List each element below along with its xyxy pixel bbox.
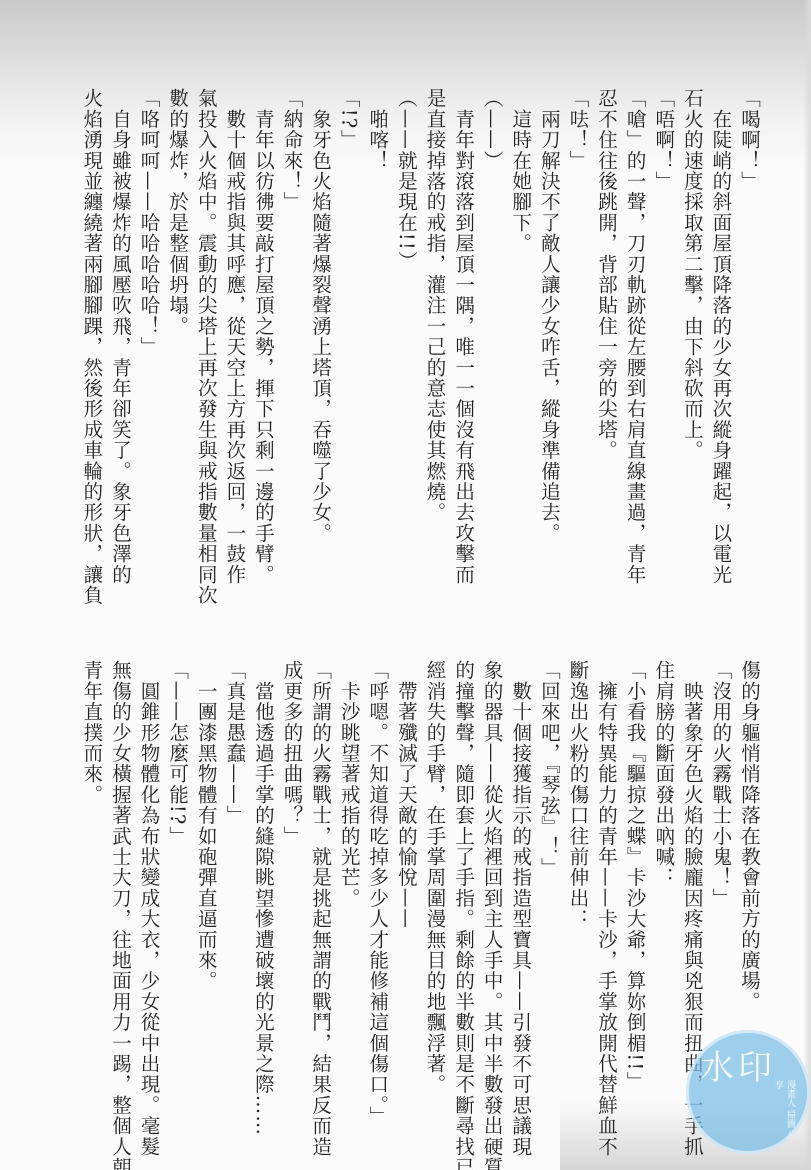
text-column: 青年直撲而來。 bbox=[77, 660, 106, 1130]
text-column: 數的爆炸，於是整個坍塌。 bbox=[163, 88, 192, 558]
page-edge-shadow bbox=[803, 0, 811, 1170]
text-column: 象牙色火焰隨著爆裂聲湧上塔頂，吞噬了少女。 bbox=[306, 88, 335, 558]
text-column: 「真是愚蠢——」 bbox=[220, 660, 249, 1130]
text-column: 數十個戒指與其呼應，從天空上方再次返回，一鼓作 bbox=[220, 88, 249, 558]
text-column: 象的器具——從火焰裡回到主人手中。其中半數發出硬質 bbox=[477, 660, 506, 1130]
text-column: 忍不住往後跳開，背部貼住一旁的尖塔。 bbox=[591, 88, 620, 558]
text-block-bottom: 傷的身軀悄悄降落在教會前方的廣場。 「沒用的火霧戰士小鬼！」 映著象牙色火焰的臉… bbox=[77, 660, 763, 1130]
stamp-text: 漫畫人 掃圖 分享 bbox=[772, 1080, 796, 1144]
text-column: 經消失的手臂，在手掌周圍漫無目的地飄浮著。 bbox=[420, 660, 449, 1130]
text-column: 「小看我『驅掠之蝶』卡沙大爺，算妳倒楣!!」 bbox=[620, 660, 649, 1130]
text-column: 「喝啊！」 bbox=[734, 88, 763, 558]
text-column: 當他透過手掌的縫隙眺望慘遭破壞的光景之際…… bbox=[248, 660, 277, 1130]
text-column: 圓錐形物體化為布狀變成大衣，少女從中出現。毫髮 bbox=[134, 660, 163, 1130]
text-column: 「所謂的火霧戰士，就是挑起無謂的戰鬥，結果反而造 bbox=[306, 660, 335, 1130]
text-column: 火焰湧現並纏繞著兩腳腳踝，然後形成車輪的形狀，讓負 bbox=[77, 88, 106, 558]
text-column: 卡沙眺望著戒指的光芒。 bbox=[334, 660, 363, 1130]
text-column: 「呿！」 bbox=[563, 88, 592, 558]
text-column: 「納命來！」 bbox=[277, 88, 306, 558]
text-column: 一團漆黑物體有如砲彈直逼而來。 bbox=[191, 660, 220, 1130]
text-column: 石火的速度採取第二擊，由下斜砍而上。 bbox=[677, 88, 706, 558]
text-column: 「咯呵呵——哈哈哈哈哈！」 bbox=[134, 88, 163, 558]
text-column: 「!?」 bbox=[334, 88, 363, 558]
text-column: 在陡峭的斜面屋頂降落的少女再次縱身躍起，以電光 bbox=[706, 88, 735, 558]
text-column: 斷逸出火粉的傷口往前伸出： bbox=[563, 660, 592, 1130]
text-column: 青年對滾落到屋頂一隅，唯一一個沒有飛出去攻擊而 bbox=[448, 88, 477, 558]
text-column: 「——怎麼可能!?」 bbox=[163, 660, 192, 1130]
text-column: 「唔啊！」 bbox=[649, 88, 678, 558]
text-column: 成更多的扭曲嗎？」 bbox=[277, 660, 306, 1130]
text-column: 氣投入火焰中。震動的尖塔上再次發生與戒指數量相同次 bbox=[191, 88, 220, 558]
text-block-top: 「喝啊！」 在陡峭的斜面屋頂降落的少女再次縱身躍起，以電光 石火的速度採取第二擊… bbox=[77, 88, 763, 558]
text-column: 兩刀解決不了敵人讓少女咋舌，縱身準備追去。 bbox=[534, 88, 563, 558]
text-column: 的撞擊聲，隨即套上了手指。剩餘的半數則是不斷尋找已 bbox=[448, 660, 477, 1130]
text-column: 帶著殲滅了天敵的愉悅—— bbox=[391, 660, 420, 1130]
text-column: 數十個接獲指示的戒指造型寶具——引發不可思議現 bbox=[506, 660, 535, 1130]
text-column: 無傷的少女橫握著武士大刀，往地面用力一踢，整個人朝 bbox=[105, 660, 134, 1130]
text-column: 「嗆」的一聲，刀刃軌跡從左腰到右肩直線畫過，青年 bbox=[620, 88, 649, 558]
seal-stamp-icon: 水印 漫畫人 掃圖 分享 bbox=[686, 1030, 810, 1154]
text-column: 啪喀！ bbox=[363, 88, 392, 558]
text-column: 是直接掉落的戒指，灌注一己的意志使其燃燒。 bbox=[420, 88, 449, 558]
text-column: 自身雖被爆炸的風壓吹飛，青年卻笑了。象牙色澤的 bbox=[105, 88, 134, 558]
text-column: 擁有特異能力的青年——卡沙，手掌放開代替鮮血不 bbox=[591, 660, 620, 1130]
text-column: （——就是現在!!） bbox=[391, 88, 420, 558]
text-column: 住肩膀的斷面發出吶喊： bbox=[649, 660, 678, 1130]
stamp-title: 水印 bbox=[700, 1040, 776, 1089]
text-column: 「回來吧，『琴弦』！」 bbox=[534, 660, 563, 1130]
text-column: 青年以彷彿要敲打屋頂之勢，揮下只剩一邊的手臂。 bbox=[248, 88, 277, 558]
text-column: 這時在她腳下。 bbox=[506, 88, 535, 558]
text-column: （——） bbox=[477, 88, 506, 558]
text-column: 「呼嗯。不知道得吃掉多少人才能修補這個傷口。」 bbox=[363, 660, 392, 1130]
